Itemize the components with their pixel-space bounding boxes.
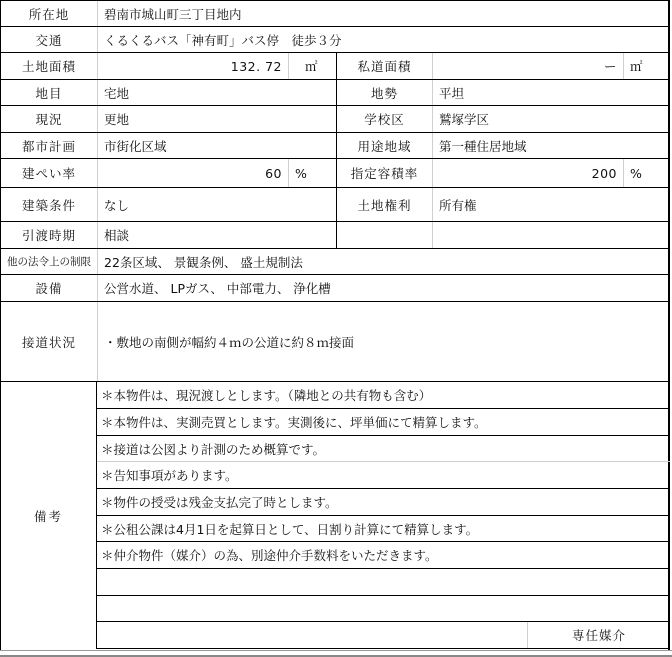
row-location: 所在地 碧南市城山町三丁目地内 <box>1 0 670 27</box>
value-utilities: 公営水道、 LPガス、 中部電力、 浄化槽 <box>97 275 670 301</box>
value-building-coverage: 60 <box>97 159 288 187</box>
remark-item: ＊接道は公図より計測のため概算です。 <box>97 436 670 462</box>
row-category: 地目 宅地 地勢 平坦 <box>1 80 670 106</box>
sheet-bottom-edge <box>0 650 672 657</box>
row-area: 土地面積 132. 72 ㎡ 私道面積 ー ㎡ <box>1 53 670 80</box>
remark-item <box>97 596 670 622</box>
remark-item: ＊仲介物件（媒介）の為、別途仲介手数料をいただきます。 <box>97 542 670 569</box>
label-transport: 交通 <box>1 27 97 52</box>
label-school-district: 学校区 <box>336 106 432 132</box>
empty-value-cell <box>432 222 670 248</box>
row-road-access: 接道状況 ・敷地の南側が幅約４ｍの公道に約８ｍ接面 <box>1 302 670 382</box>
value-building-conditions: なし <box>97 188 336 221</box>
label-handover: 引渡時期 <box>1 222 97 248</box>
remark-item: ＊告知事項があります。 <box>97 462 670 489</box>
label-floor-area-ratio: 指定容積率 <box>336 159 432 187</box>
row-utilities: 設備 公営水道、 LPガス、 中部電力、 浄化槽 <box>1 275 670 302</box>
label-terrain: 地勢 <box>336 80 432 105</box>
value-school-district: 鷲塚学区 <box>432 106 670 132</box>
label-zoning: 用途地域 <box>336 133 432 158</box>
empty-label-cell <box>336 222 432 248</box>
value-road-access: ・敷地の南側が幅約４ｍの公道に約８ｍ接面 <box>97 302 670 381</box>
unit-private-road-area: ㎡ <box>623 53 670 79</box>
value-land-rights: 所有権 <box>432 188 670 221</box>
label-utilities: 設備 <box>1 275 97 301</box>
value-handover: 相談 <box>97 222 336 248</box>
value-current-status: 更地 <box>97 106 336 132</box>
label-current-status: 現況 <box>1 106 97 132</box>
value-transport: くるくるバス「神有町」バス停 徒歩３分 <box>97 27 670 52</box>
value-zoning: 第一種住居地域 <box>432 133 670 158</box>
label-land-area: 土地面積 <box>1 53 97 79</box>
row-status: 現況 更地 学校区 鷲塚学区 <box>1 106 670 133</box>
value-terrain: 平坦 <box>432 80 670 105</box>
remark-footer-row: 専任媒介 <box>97 622 670 649</box>
row-transport: 交通 くるくるバス「神有町」バス停 徒歩３分 <box>1 27 670 53</box>
unit-floor-area-ratio: % <box>623 159 670 187</box>
row-ratios: 建ぺい率 60 % 指定容積率 200 % <box>1 159 670 188</box>
value-location: 碧南市城山町三丁目地内 <box>97 1 670 26</box>
unit-land-area: ㎡ <box>288 53 336 79</box>
row-other-restrictions: 他の法令上の制限 22条区域、 景観条例、 盛土規制法 <box>1 249 670 275</box>
label-private-road-area: 私道面積 <box>336 53 432 79</box>
label-location: 所在地 <box>1 1 97 26</box>
label-building-conditions: 建築条件 <box>1 188 97 221</box>
remark-item: ＊本物件は、実測売買とします。実測後に、坪単価にて精算します。 <box>97 409 670 436</box>
label-road-access: 接道状況 <box>1 302 97 381</box>
label-remarks: 備考 <box>1 382 97 649</box>
transaction-type: 専任媒介 <box>527 622 670 648</box>
label-land-rights: 土地権利 <box>336 188 432 221</box>
remark-item: ＊本物件は、現況渡しとします。（隣地との共有物も含む） <box>97 382 670 409</box>
label-land-category: 地目 <box>1 80 97 105</box>
value-other-restrictions: 22条区域、 景観条例、 盛土規制法 <box>97 249 670 274</box>
remark-item <box>97 569 670 596</box>
row-conditions: 建築条件 なし 土地権利 所有権 <box>1 188 670 222</box>
property-spec-sheet: 所在地 碧南市城山町三丁目地内 交通 くるくるバス「神有町」バス停 徒歩３分 土… <box>0 0 670 650</box>
remark-item: ＊物件の授受は残金支払完了時とします。 <box>97 489 670 516</box>
unit-building-coverage: % <box>288 159 336 187</box>
value-land-category: 宅地 <box>97 80 336 105</box>
row-planning: 都市計画 市街化区域 用途地域 第一種住居地域 <box>1 133 670 159</box>
value-floor-area-ratio: 200 <box>432 159 623 187</box>
label-city-planning: 都市計画 <box>1 133 97 158</box>
value-city-planning: 市街化区域 <box>97 133 336 158</box>
value-land-area: 132. 72 <box>97 53 288 79</box>
row-handover: 引渡時期 相談 <box>1 222 670 249</box>
remark-item: ＊公租公課は4月1日を起算日として、日割り計算にて精算します。 <box>97 516 670 542</box>
label-building-coverage: 建ぺい率 <box>1 159 97 187</box>
label-other-restrictions: 他の法令上の制限 <box>1 249 97 274</box>
value-private-road-area: ー <box>432 53 623 79</box>
